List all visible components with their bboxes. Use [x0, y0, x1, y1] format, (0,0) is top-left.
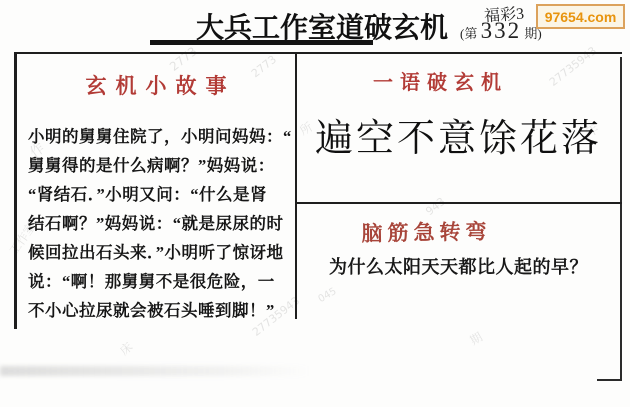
scan-smudge	[0, 366, 310, 376]
brainteaser-section-header: 脑筋急转弯	[297, 213, 620, 249]
scanned-lottery-sheet: { "header": { "title": "大兵工作室道破玄机", "lot…	[0, 0, 630, 407]
watermark-fragment: 045	[317, 286, 339, 305]
title-underline	[150, 40, 373, 45]
story-line: 不小心拉尿就会被石头唾到脚！”	[28, 296, 292, 325]
story-line: “肾结石．”小明又问：“什么是肾	[28, 180, 292, 209]
right-panel-mystery-section: 一语破玄机 遍空不意馀花落	[297, 54, 620, 202]
issue-number: 332	[481, 18, 522, 43]
story-line: 小明的舅舅住院了，小明问妈妈：“	[28, 122, 292, 151]
table-border-bottom-corner	[597, 379, 622, 381]
story-line: 说：“啊！那舅舅不是很危险，一	[28, 267, 292, 296]
mystery-phrase: 遍空不意馀花落	[297, 107, 620, 162]
brainteaser-question: 为什么太阳天天都比人起的早？	[297, 253, 620, 279]
right-panel-brainteaser-section: 脑筋急转弯 为什么太阳天天都比人起的早？	[297, 204, 620, 279]
table-border-right	[620, 57, 622, 381]
mystery-section-header: 一语破玄机	[297, 66, 620, 95]
issue-prefix: (第	[460, 26, 477, 41]
site-url-badge[interactable]: 97654.com	[536, 4, 625, 29]
story-text: 小明的舅舅住院了，小明问妈妈：“ 舅舅得的是什么病啊？”妈妈说： “肾结石．”小…	[28, 122, 292, 325]
story-line: 候回拉出石头来．”小明听了惊讶地	[28, 238, 292, 267]
story-line: 舅舅得的是什么病啊？”妈妈说：	[28, 151, 292, 180]
story-line: 结石啊？”妈妈说：“就是尿尿的时	[28, 209, 292, 238]
watermark-fragment: 床	[116, 338, 136, 359]
left-panel-story-section: 玄机小故事 小明的舅舅住院了，小明问妈妈：“ 舅舅得的是什么病啊？”妈妈说： “…	[17, 52, 295, 325]
watermark-fragment: 期	[467, 328, 486, 349]
story-section-header: 玄机小故事	[17, 70, 295, 100]
issue-label: (第 332 期)	[460, 18, 542, 44]
